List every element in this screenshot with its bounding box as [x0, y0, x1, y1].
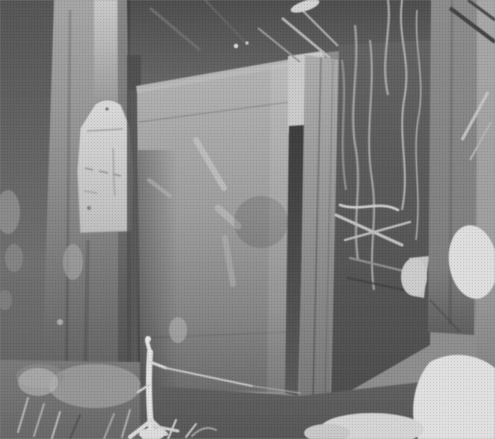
bark-highlight-patch: [63, 244, 83, 280]
scene-svg: [0, 0, 495, 439]
trunk-highlight: [94, 0, 117, 105]
sapling-knob: [145, 336, 151, 342]
sign-nail: [105, 107, 108, 110]
sign-board: [77, 100, 134, 233]
outhouse-shed: [136, 51, 339, 402]
trail-sign: [77, 100, 134, 233]
halftone-photograph: Grainy black-and-white halftone photogra…: [0, 0, 495, 439]
bright-speck-1: [234, 44, 238, 48]
sign-dark-dot: [87, 206, 91, 210]
bright-speck-2: [245, 41, 248, 44]
face-light-blob: [169, 317, 187, 343]
left-foliage-highlight-2: [5, 244, 23, 272]
ground-bright-patch: [49, 364, 141, 408]
bark-speck: [57, 319, 63, 325]
face-dark-stain: [234, 196, 288, 248]
left-grass-highlight: [18, 368, 58, 396]
snow-patch-small: [401, 258, 427, 296]
right-trunk-bark-line: [450, 0, 452, 325]
photo-scene: [0, 0, 495, 439]
